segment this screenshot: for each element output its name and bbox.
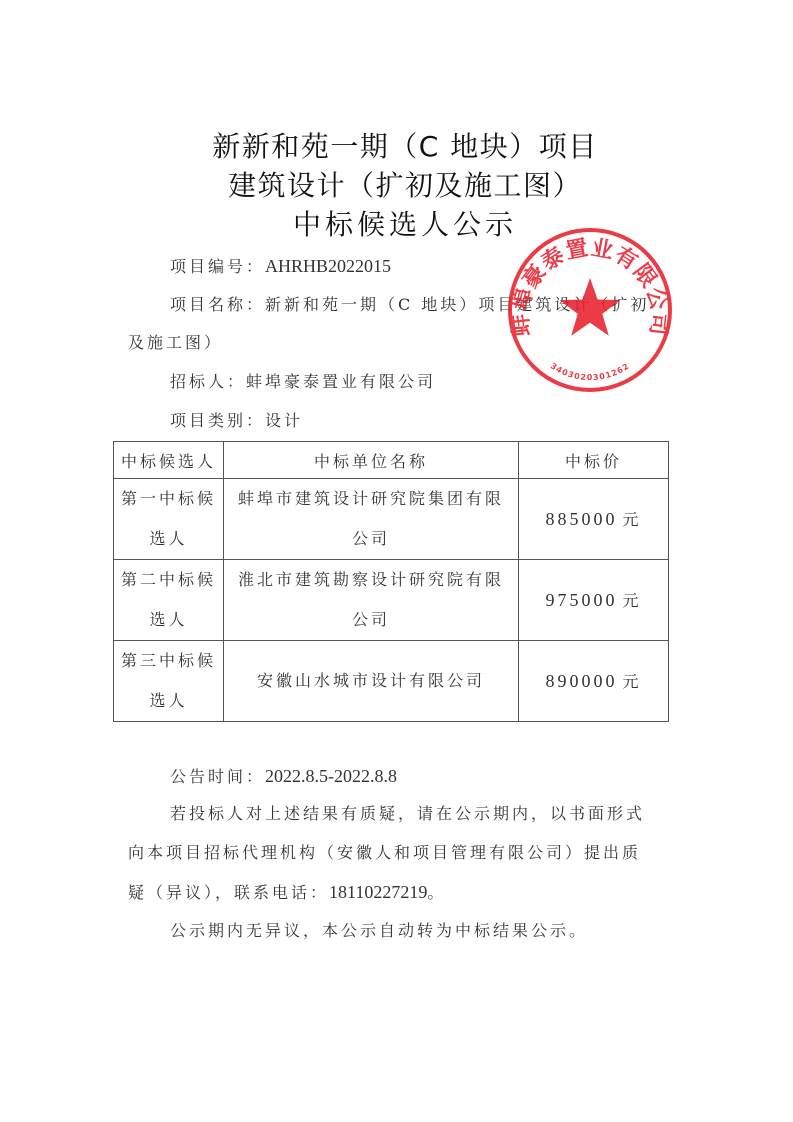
candidate-price: 975000元 xyxy=(519,560,669,641)
project-name-value-line2: 及施工图） xyxy=(128,333,223,353)
candidate-company: 安徽山水城市设计有限公司 xyxy=(224,641,519,722)
project-name-value-line1: 新新和苑一期（C 地块）项目建筑设计（扩初 xyxy=(265,295,649,314)
candidate-price: 890000元 xyxy=(519,641,669,722)
notice-period-value: 2022.8.5-2022.8.8 xyxy=(265,766,397,786)
project-number-label: 项目编号： xyxy=(170,257,265,276)
candidate-price: 885000元 xyxy=(519,479,669,560)
project-number-value: AHRHB2022015 xyxy=(265,256,391,276)
svg-text:蚌埠豪泰置业有限公司: 蚌埠豪泰置业有限公司 xyxy=(508,236,672,338)
notice-period-row: 公告时间：2022.8.5-2022.8.8 xyxy=(170,766,397,787)
tenderer-value: 蚌埠豪泰置业有限公司 xyxy=(246,372,436,391)
table-header-row: 中标候选人 中标单位名称 中标价 xyxy=(114,442,669,479)
header-price: 中标价 xyxy=(519,442,669,479)
svg-text:3403020301262: 3403020301262 xyxy=(549,361,631,382)
project-name-row: 项目名称：新新和苑一期（C 地块）项目建筑设计（扩初 xyxy=(170,295,649,315)
candidate-table: 中标候选人 中标单位名称 中标价 第一中标候选人 蚌埠市建筑设计研究院集团有限公… xyxy=(113,441,669,722)
tenderer-label: 招标人： xyxy=(170,372,246,391)
table-row: 第一中标候选人 蚌埠市建筑设计研究院集团有限公司 885000元 xyxy=(114,479,669,560)
category-label: 项目类别： xyxy=(170,411,265,430)
document-title-line-2: 建筑设计（扩初及施工图） xyxy=(0,167,793,205)
category-value: 设计 xyxy=(265,411,303,430)
candidate-rank: 第二中标候选人 xyxy=(114,560,224,641)
candidate-rank: 第一中标候选人 xyxy=(114,479,224,560)
notice-period-label: 公告时间： xyxy=(170,767,265,786)
objection-text-line1: 若投标人对上述结果有质疑，请在公示期内，以书面形式 xyxy=(170,804,645,824)
final-statement: 公示期内无异议，本公示自动转为中标结果公示。 xyxy=(170,921,588,941)
candidate-company: 淮北市建筑勘察设计研究院有限公司 xyxy=(224,560,519,641)
header-candidate: 中标候选人 xyxy=(114,442,224,479)
candidate-company: 蚌埠市建筑设计研究院集团有限公司 xyxy=(224,479,519,560)
table-row: 第二中标候选人 淮北市建筑勘察设计研究院有限公司 975000元 xyxy=(114,560,669,641)
document-title-line-3: 中标候选人公示 xyxy=(0,206,793,244)
table-row: 第三中标候选人 安徽山水城市设计有限公司 890000元 xyxy=(114,641,669,722)
objection-text-line2: 向本项目招标代理机构（安徽人和项目管理有限公司）提出质 xyxy=(128,843,641,863)
candidate-rank: 第三中标候选人 xyxy=(114,641,224,722)
header-company: 中标单位名称 xyxy=(224,442,519,479)
contact-phone: 18110227219 xyxy=(329,882,427,902)
category-row: 项目类别：设计 xyxy=(170,411,303,431)
tenderer-row: 招标人：蚌埠豪泰置业有限公司 xyxy=(170,372,436,392)
objection-text-line3: 疑（异议），联系电话：18110227219。 xyxy=(128,882,446,903)
project-name-label: 项目名称： xyxy=(170,295,265,314)
document-title-line-1: 新新和苑一期（C 地块）项目 xyxy=(0,128,793,166)
project-number-row: 项目编号：AHRHB2022015 xyxy=(170,256,391,277)
